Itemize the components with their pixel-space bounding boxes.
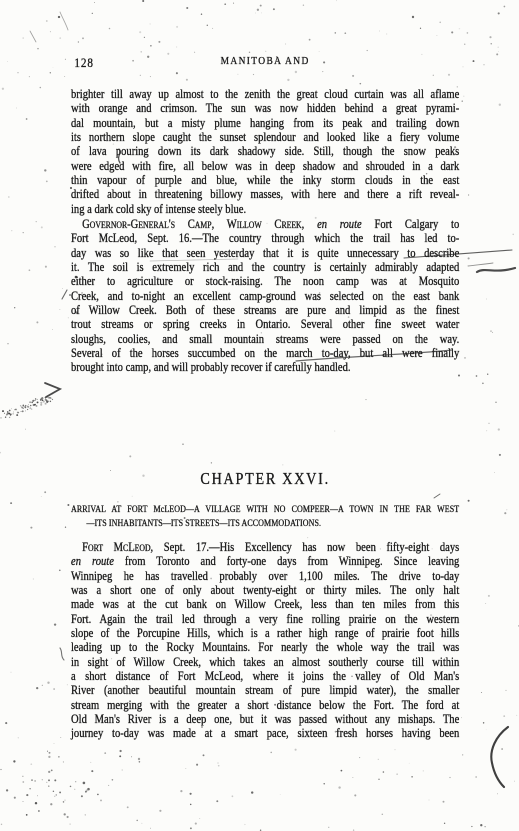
scan-speckle [31, 402, 33, 404]
text-line: brought into camp, and will probably rec… [71, 360, 459, 374]
scan-speckle [45, 397, 46, 398]
scan-speckle [7, 61, 8, 62]
scan-speckle [54, 623, 56, 625]
scan-speckle [37, 48, 39, 50]
scan-speckle [9, 410, 11, 412]
paragraph-continuation: brighter till away up almost to the zeni… [71, 87, 459, 216]
body-text: Creek, and to-night an excellent camp-gr… [71, 289, 459, 303]
scan-speckle [53, 67, 54, 68]
scan-speckle [462, 100, 463, 101]
scan-speckle [468, 194, 469, 195]
scan-speckle [11, 408, 12, 409]
scan-speckle [24, 406, 26, 408]
italic-text: en route [71, 554, 114, 568]
scan-speckle [34, 400, 35, 401]
scan-speckle [63, 801, 65, 803]
scan-speckle [47, 682, 49, 684]
scan-speckle [2, 410, 4, 412]
scan-speckle [63, 761, 64, 762]
text-line: thin vapour of purple and blue, while th… [71, 173, 459, 187]
scan-speckle [25, 407, 26, 408]
scan-speckle [482, 382, 484, 384]
scan-speckle [37, 401, 39, 403]
chapter-summary-line-1: ARRIVAL AT FORT McLEOD—A VILLAGE WITH NO… [71, 503, 459, 517]
scan-speckle [30, 407, 31, 408]
scan-speckle [0, 769, 1, 770]
scan-speckle [41, 397, 43, 399]
scan-speckle [496, 53, 498, 55]
scan-speckle [41, 226, 43, 228]
scan-speckle [14, 307, 15, 308]
scan-speckle [49, 752, 51, 754]
scan-speckle [53, 688, 55, 690]
scan-speckle [52, 394, 53, 395]
body-text: with orange and crimson. The sun was now… [71, 101, 459, 115]
scan-speckle [486, 430, 487, 431]
scan-speckle [13, 760, 15, 762]
scan-speckle [42, 400, 43, 401]
pen-mark [477, 268, 515, 272]
scan-speckle [4, 413, 5, 414]
scan-speckle [1, 824, 2, 825]
scan-speckle [27, 406, 28, 407]
scan-speckle [32, 400, 34, 402]
scan-speckle [35, 400, 36, 401]
scan-speckle [37, 399, 38, 400]
scan-speckle [54, 779, 56, 781]
scan-speckle [0, 452, 1, 454]
page-number: 128 [74, 55, 93, 71]
scan-speckle [40, 399, 41, 400]
scan-speckle [53, 791, 54, 792]
text-line: slope of the Porcupine Hills, which is a… [71, 626, 459, 640]
scan-speckle [473, 60, 475, 62]
scan-speckle [34, 780, 35, 781]
pen-mark [45, 383, 60, 397]
pen-mark [60, 12, 68, 30]
text-line: Creek, and to-night an excellent camp-gr… [71, 289, 459, 303]
body-text: dal mountain, but a misty plume hanging … [71, 116, 459, 130]
scan-speckle [60, 737, 61, 738]
paragraph-camp-willow-creek: Governor-General's Camp, Willow Creek, e… [71, 217, 459, 375]
scan-speckle [50, 401, 51, 402]
scan-speckle [21, 406, 22, 407]
body-text: Several of the horses succumbed on the m… [71, 346, 459, 360]
scan-speckle [25, 405, 26, 406]
scan-speckle [33, 404, 35, 406]
text-line: Winnipeg he has travelled probably over … [71, 569, 459, 583]
scan-speckle [29, 269, 31, 271]
scan-speckle [58, 756, 59, 757]
scan-speckle [35, 398, 36, 399]
body-text: a short distance of Fort McLeod, where i… [71, 669, 459, 683]
scan-speckle [14, 409, 15, 410]
scan-speckle [468, 500, 470, 502]
scan-speckle [5, 417, 6, 418]
text-line: ing a dark cold sky of intense steely bl… [71, 202, 459, 216]
text-line: with orange and crimson. The sun was now… [71, 101, 459, 115]
pen-mark [30, 31, 36, 42]
scan-speckle [44, 169, 46, 171]
scan-speckle [10, 415, 11, 416]
body-text: in sight of Willow Creek, which takes an… [71, 655, 459, 669]
scan-speckle [43, 401, 45, 403]
scan-speckle [59, 791, 61, 793]
scan-speckle [488, 423, 489, 424]
scan-speckle [36, 405, 38, 407]
scan-speckle [30, 763, 32, 765]
text-line: either to agriculture or stock-raising. … [71, 274, 459, 288]
scan-speckle [21, 407, 23, 409]
scan-speckle [31, 408, 32, 409]
scan-speckle [503, 715, 505, 717]
scan-speckle [504, 6, 506, 8]
scan-speckle [60, 309, 61, 310]
scan-speckle [497, 793, 498, 794]
scan-speckle [26, 814, 28, 816]
scan-speckle [13, 413, 14, 414]
scan-speckle [48, 779, 50, 781]
body-text: Fort McLeod, Sept. 16.—The country throu… [71, 231, 459, 245]
scan-speckle [45, 398, 46, 399]
scan-speckle [31, 779, 33, 781]
scan-speckle [20, 405, 21, 406]
text-line: brighter till away up almost to the zeni… [71, 87, 459, 101]
body-text: from Toronto and forty-one days from Win… [114, 554, 459, 568]
paragraph-fort-mcleod: Fort McLeod, Sept. 17.—His Excellency ha… [71, 540, 459, 741]
scan-speckle [64, 813, 66, 815]
scan-speckle [29, 401, 31, 403]
text-line: in sight of Willow Creek, which takes an… [71, 655, 459, 669]
scan-speckle [50, 803, 52, 805]
scan-speckle [40, 400, 41, 401]
body-text: its northern slope caught the sunset spl… [71, 130, 459, 144]
scan-speckle [28, 404, 29, 405]
scan-speckle [498, 47, 499, 48]
scan-speckle [37, 795, 38, 796]
scan-speckle [35, 400, 36, 401]
scan-speckle [480, 824, 482, 826]
scan-speckle [476, 375, 478, 377]
scan-speckle [32, 405, 33, 406]
chapter-title: CHAPTER XXVI. [71, 469, 459, 489]
text-column: 128 MANITOBA AND brighter till away up a… [71, 0, 459, 831]
scan-speckle [51, 398, 52, 399]
small-caps-text: Fort McLeod, [82, 540, 153, 554]
body-text: Fort Calgary to [362, 217, 460, 231]
scan-speckle [467, 32, 469, 34]
scan-speckle [50, 31, 51, 32]
scan-speckle [0, 417, 1, 418]
text-line: trout streams or spring creeks in Ontari… [71, 317, 459, 331]
scan-speckle [30, 405, 32, 407]
scan-speckle [30, 527, 32, 529]
scan-speckle [48, 786, 49, 787]
text-line: drifted about in threatening billowy mas… [71, 187, 459, 201]
scan-speckle [6, 789, 8, 791]
scan-speckle [8, 413, 9, 414]
scan-speckle [16, 414, 18, 416]
scan-speckle [42, 399, 44, 401]
scan-speckle [48, 771, 50, 773]
scan-speckle [50, 72, 51, 73]
scan-speckle [5, 722, 7, 724]
body-text: Sept. 17.—His Excellency has now been fi… [153, 540, 459, 554]
scan-speckle [25, 410, 26, 411]
scan-speckle [51, 770, 53, 772]
chapter-summary-line-2: —ITS INHABITANTS—ITS STREETS—ITS ACCOMMO… [71, 517, 459, 531]
body-text: was a short one of only about twenty-eig… [71, 583, 459, 597]
scan-speckle [22, 781, 24, 783]
scan-speckle [67, 684, 68, 685]
running-title: MANITOBA AND [71, 55, 459, 67]
scan-speckle [48, 401, 49, 402]
text-line: leading up to the Rocky Mountains. For n… [71, 640, 459, 654]
body-text: River (another beautiful mountain stream… [71, 683, 459, 697]
scan-speckle [46, 400, 48, 402]
scan-speckle [7, 343, 8, 344]
body-text: brighter till away up almost to the zeni… [71, 87, 459, 101]
scan-speckle [45, 399, 46, 400]
text-line: dal mountain, but a misty plume hanging … [71, 116, 459, 130]
scanned-book-page: 128 MANITOBA AND brighter till away up a… [0, 0, 519, 831]
scan-speckle [488, 595, 490, 597]
scan-speckle [36, 221, 37, 222]
scan-speckle [45, 403, 47, 405]
scan-speckle [7, 413, 9, 415]
scan-speckle [490, 330, 492, 332]
body-text: stream merging with the greater a short … [71, 698, 459, 712]
scan-speckle [11, 230, 12, 231]
scan-speckle [30, 408, 31, 409]
text-line: Several of the horses succumbed on the m… [71, 346, 459, 360]
scan-speckle [27, 406, 29, 408]
scan-speckle [48, 756, 50, 758]
scan-speckle [504, 512, 506, 514]
scan-speckle [36, 321, 38, 323]
text-line: made was at the cut bank on Willow Creek… [71, 597, 459, 611]
scan-speckle [514, 781, 515, 782]
text-line: Governor-General's Camp, Willow Creek, e… [71, 217, 459, 231]
body-text: either to agriculture or stock-raising. … [71, 274, 459, 288]
scan-speckle [495, 402, 496, 403]
scan-speckle [59, 37, 61, 39]
scan-speckle [42, 685, 43, 686]
scan-speckle [46, 782, 47, 783]
scan-speckle [506, 690, 507, 691]
scan-speckle [37, 401, 39, 403]
scan-speckle [8, 413, 10, 415]
scan-speckle [516, 715, 517, 716]
scan-speckle [14, 797, 16, 799]
scan-speckle [498, 12, 500, 14]
scan-speckle [13, 412, 14, 413]
chapter-summary: ARRIVAL AT FORT McLEOD—A VILLAGE WITH NO… [71, 503, 459, 532]
body-text: Old Man's River is a deep one, but it wa… [71, 712, 459, 726]
scan-speckle [23, 405, 24, 406]
scan-speckle [23, 232, 24, 233]
scan-speckle [16, 108, 17, 109]
scan-speckle [54, 246, 55, 247]
scan-speckle [483, 64, 484, 65]
scan-speckle [481, 692, 482, 693]
scan-speckle [485, 826, 486, 827]
scan-speckle [23, 406, 24, 407]
italic-text: en route [317, 217, 362, 231]
scan-speckle [35, 802, 37, 804]
text-line: of Willow Creek. Both of these streams a… [71, 303, 459, 317]
scan-speckle [461, 717, 462, 718]
body-text: day was so like that seen yesterday that… [71, 246, 459, 260]
body-text: it. The soil is extremely rich and the c… [71, 260, 459, 274]
text-line: Old Man's River is a deep one, but it wa… [71, 712, 459, 726]
scan-speckle [468, 257, 470, 259]
scan-speckle [40, 404, 42, 406]
scan-speckle [45, 398, 46, 399]
scan-speckle [499, 104, 501, 106]
scan-speckle [52, 399, 53, 400]
body-text: thin vapour of purple and blue, while th… [71, 173, 459, 187]
pen-mark [468, 263, 493, 266]
scan-speckle [67, 504, 69, 506]
scan-speckle [464, 357, 466, 359]
scan-speckle [40, 87, 42, 89]
scan-speckle [471, 826, 472, 827]
scan-speckle [29, 76, 30, 77]
scan-speckle [7, 411, 9, 413]
scan-speckle [27, 409, 28, 410]
body-text: Winnipeg he has travelled probably over … [71, 569, 459, 583]
scan-speckle [47, 751, 48, 752]
scan-speckle [34, 404, 36, 406]
scan-speckle [22, 405, 23, 406]
scan-speckle [9, 417, 10, 418]
body-text: trout streams or spring creeks in Ontari… [71, 317, 459, 331]
scan-speckle [21, 411, 22, 412]
scan-speckle [17, 412, 19, 414]
body-text: drifted about in threatening billowy mas… [71, 187, 459, 201]
body-text: ing a dark cold sky of intense steely bl… [71, 202, 246, 216]
body-text: leading up to the Rocky Mountains. For n… [71, 640, 459, 654]
scan-speckle [44, 491, 46, 493]
scan-speckle [26, 794, 28, 796]
text-line: en route from Toronto and forty-one days… [71, 554, 459, 568]
scan-speckle [56, 794, 57, 795]
scan-speckle [459, 28, 460, 29]
scan-speckle [23, 38, 24, 39]
scan-speckle [25, 429, 26, 430]
body-text: brought into camp, and will probably rec… [71, 360, 351, 374]
scan-speckle [5, 416, 6, 417]
body-text: were edged with fire, all below was in d… [71, 159, 459, 173]
scan-speckle [499, 454, 501, 456]
scan-speckle [33, 579, 34, 580]
text-line: day was so like that seen yesterday that… [71, 246, 459, 260]
scan-speckle [8, 197, 9, 198]
small-caps-text: Governor-General's Camp, Willow Creek, [82, 217, 317, 231]
scan-speckle [6, 414, 8, 416]
scan-speckle [29, 788, 30, 789]
scan-speckle [17, 72, 18, 73]
scan-speckle [15, 409, 17, 411]
scan-speckle [52, 329, 53, 330]
scan-speckle [483, 722, 484, 723]
text-line: sloughs, coolies, and small mountain str… [71, 332, 459, 346]
scan-speckle [68, 317, 69, 318]
text-line: Fort McLeod, Sept. 16.—The country throu… [71, 231, 459, 245]
scan-speckle [491, 43, 492, 44]
scan-speckle [498, 51, 499, 52]
scan-speckle [65, 59, 66, 60]
scan-speckle [23, 408, 24, 409]
body-text: of Willow Creek. Both of these streams a… [71, 303, 459, 317]
scan-speckle [18, 737, 19, 738]
scan-speckle [10, 502, 12, 504]
text-line: River (another beautiful mountain stream… [71, 683, 459, 697]
text-line: its northern slope caught the sunset spl… [71, 130, 459, 144]
scan-speckle [476, 776, 477, 777]
scan-speckle [42, 779, 43, 780]
scan-speckle [54, 796, 55, 797]
scan-speckle [464, 96, 465, 97]
scan-speckle [486, 299, 487, 300]
pen-mark [60, 648, 64, 660]
pen-mark [62, 290, 67, 299]
scan-speckle [464, 44, 465, 45]
scan-speckle [485, 603, 486, 604]
body-text: Fort. Again the trail led through a very… [71, 612, 459, 626]
scan-speckle [494, 472, 495, 473]
scan-speckle [45, 266, 47, 268]
scan-speckle [48, 397, 50, 399]
scan-speckle [46, 396, 47, 397]
scan-speckle [46, 401, 48, 403]
scan-speckle [506, 509, 507, 510]
text-line: it. The soil is extremely rich and the c… [71, 260, 459, 274]
text-line: Fort McLeod, Sept. 17.—His Excellency ha… [71, 540, 459, 554]
scan-speckle [41, 496, 42, 497]
scan-speckle [11, 672, 12, 673]
scan-speckle [22, 410, 24, 412]
pen-mark [491, 727, 508, 787]
scan-speckle [462, 754, 463, 755]
scan-speckle [463, 67, 464, 68]
scan-speckle [15, 409, 16, 410]
body-text: of lava pouring down its dark shadowy si… [71, 144, 459, 158]
scan-speckle [10, 413, 12, 415]
text-line: journey to-day was made at a smart pace,… [71, 726, 459, 740]
scan-speckle [46, 20, 48, 22]
scan-speckle [49, 397, 51, 399]
scan-speckle [46, 180, 48, 182]
scan-speckle [512, 234, 513, 235]
scan-speckle [62, 288, 63, 289]
body-text: slope of the Porcupine Hills, which is a… [71, 626, 459, 640]
text-line: were edged with fire, all below was in d… [71, 159, 459, 173]
scan-speckle [64, 76, 65, 77]
text-line: was a short one of only about twenty-eig… [71, 583, 459, 597]
scan-speckle [17, 414, 18, 415]
text-line: stream merging with the greater a short … [71, 698, 459, 712]
page-header: 128 MANITOBA AND [71, 55, 459, 71]
scan-speckle [36, 687, 38, 689]
body-text: made was at the cut bank on Willow Creek… [71, 597, 459, 611]
scan-speckle [24, 406, 26, 408]
scan-speckle [486, 729, 487, 730]
text-line: a short distance of Fort McLeod, where i… [71, 669, 459, 683]
scan-speckle [53, 743, 54, 744]
body-text: journey to-day was made at a smart pace,… [71, 726, 459, 740]
